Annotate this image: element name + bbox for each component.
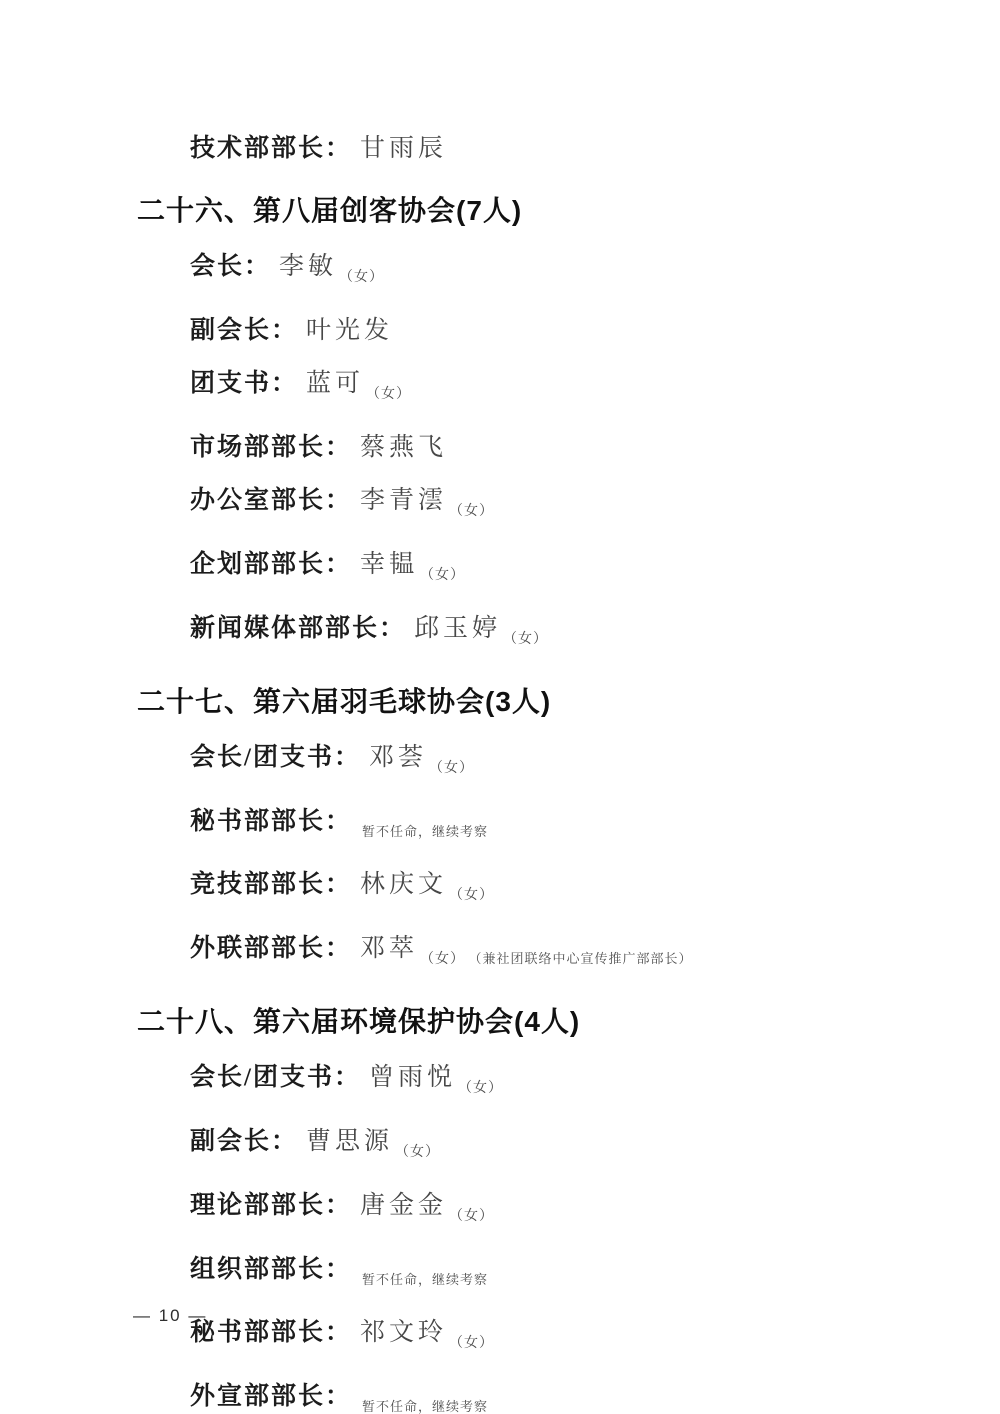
position-entry: 秘书部部长：祁文玲（女） — [190, 1319, 945, 1357]
person-name: 甘雨辰 — [360, 135, 447, 162]
person-name: 邱玉婷 — [414, 615, 501, 642]
gender-annotation: （女） — [449, 1209, 494, 1224]
position-label: 竞技部部长： — [190, 871, 352, 898]
position-label: 市场部部长： — [190, 434, 352, 461]
position-label: 副会长： — [190, 317, 298, 344]
position-entry: 新闻媒体部部长：邱玉婷（女） — [190, 615, 945, 653]
gender-annotation: （女） — [429, 761, 474, 776]
gender-annotation: （女） — [458, 1081, 503, 1096]
position-label: 企划部部长： — [190, 551, 352, 578]
position-entry: 副会长：曹思源（女） — [190, 1128, 945, 1166]
gender-annotation: （女） — [503, 632, 548, 647]
person-name: 李敏 — [279, 253, 337, 280]
note-annotation: 暂不任命，继续考察 — [362, 1272, 488, 1287]
position-label: 外联部部长： — [190, 935, 352, 962]
person-name: 曹思源 — [306, 1128, 393, 1155]
position-entry: 市场部部长：蔡燕飞 — [190, 434, 945, 461]
gender-annotation: （女） — [366, 387, 411, 402]
position-label: 新闻媒体部部长： — [190, 615, 406, 642]
gender-annotation: （女） — [420, 568, 465, 583]
position-entry: 会长/团支书：曾雨悦（女） — [190, 1064, 945, 1102]
position-entry: 外联部部长：邓萃（女）（兼社团联络中心宣传推广部部长） — [190, 935, 945, 973]
position-entry: 外宣部部长：暂不任命，继续考察 — [190, 1383, 945, 1414]
person-name: 林庆文 — [360, 871, 447, 898]
note-annotation: （兼社团联络中心宣传推广部部长） — [475, 951, 693, 966]
person-name: 幸韫 — [360, 551, 418, 578]
position-entry: 团支书：蓝可（女） — [190, 370, 945, 408]
position-label: 外宣部部长： — [190, 1383, 352, 1410]
person-name: 蔡燕飞 — [360, 434, 447, 461]
position-label: 会长/团支书： — [190, 1064, 361, 1091]
position-entry: 办公室部长：李青澐（女） — [190, 487, 945, 525]
gender-annotation: （女） — [395, 1145, 440, 1160]
note-annotation: 暂不任命，继续考察 — [362, 824, 488, 839]
position-entry: 组织部部长：暂不任命，继续考察 — [190, 1256, 945, 1293]
person-name: 唐金金 — [360, 1192, 447, 1219]
position-label: 理论部部长： — [190, 1192, 352, 1219]
section-title: 二十八、第六届环境保护协会(4人) — [137, 1007, 945, 1037]
person-name: 李青澐 — [360, 487, 447, 514]
gender-annotation: （女） — [420, 952, 465, 967]
person-name: 邓萃 — [360, 935, 418, 962]
page-number: — 10 — — [133, 1306, 207, 1326]
position-label: 秘书部部长： — [190, 808, 352, 835]
person-name: 祁文玲 — [360, 1319, 447, 1346]
position-entry: 竞技部部长：林庆文（女） — [190, 871, 945, 909]
position-label: 办公室部长： — [190, 487, 352, 514]
gender-annotation: （女） — [449, 1336, 494, 1351]
document-body: 技术部部长：甘雨辰二十六、第八届创客协会(7人)会长：李敏（女）副会长：叶光发团… — [0, 0, 1000, 1414]
gender-annotation: （女） — [449, 888, 494, 903]
person-name: 邓荟 — [369, 744, 427, 771]
person-name: 蓝可 — [306, 370, 364, 397]
gender-annotation: （女） — [449, 504, 494, 519]
position-entry: 会长：李敏（女） — [190, 253, 945, 291]
position-label: 团支书： — [190, 370, 298, 397]
person-name: 曾雨悦 — [369, 1064, 456, 1091]
position-entry: 企划部部长：幸韫（女） — [190, 551, 945, 589]
position-entry: 秘书部部长：暂不任命，继续考察 — [190, 808, 945, 845]
position-entry: 副会长：叶光发 — [190, 317, 945, 344]
section-title: 二十六、第八届创客协会(7人) — [137, 196, 945, 226]
person-name: 叶光发 — [306, 317, 393, 344]
section-title: 二十七、第六届羽毛球协会(3人) — [137, 687, 945, 717]
position-entry: 会长/团支书：邓荟（女） — [190, 744, 945, 782]
position-entry: 理论部部长：唐金金（女） — [190, 1192, 945, 1230]
position-label: 秘书部部长： — [190, 1319, 352, 1346]
position-label: 技术部部长： — [190, 135, 352, 162]
position-label: 组织部部长： — [190, 1256, 352, 1283]
note-annotation: 暂不任命，继续考察 — [362, 1399, 488, 1414]
position-label: 会长/团支书： — [190, 744, 361, 771]
position-label: 副会长： — [190, 1128, 298, 1155]
gender-annotation: （女） — [339, 270, 384, 285]
position-label: 会长： — [190, 253, 271, 280]
position-entry: 技术部部长：甘雨辰 — [190, 135, 945, 162]
